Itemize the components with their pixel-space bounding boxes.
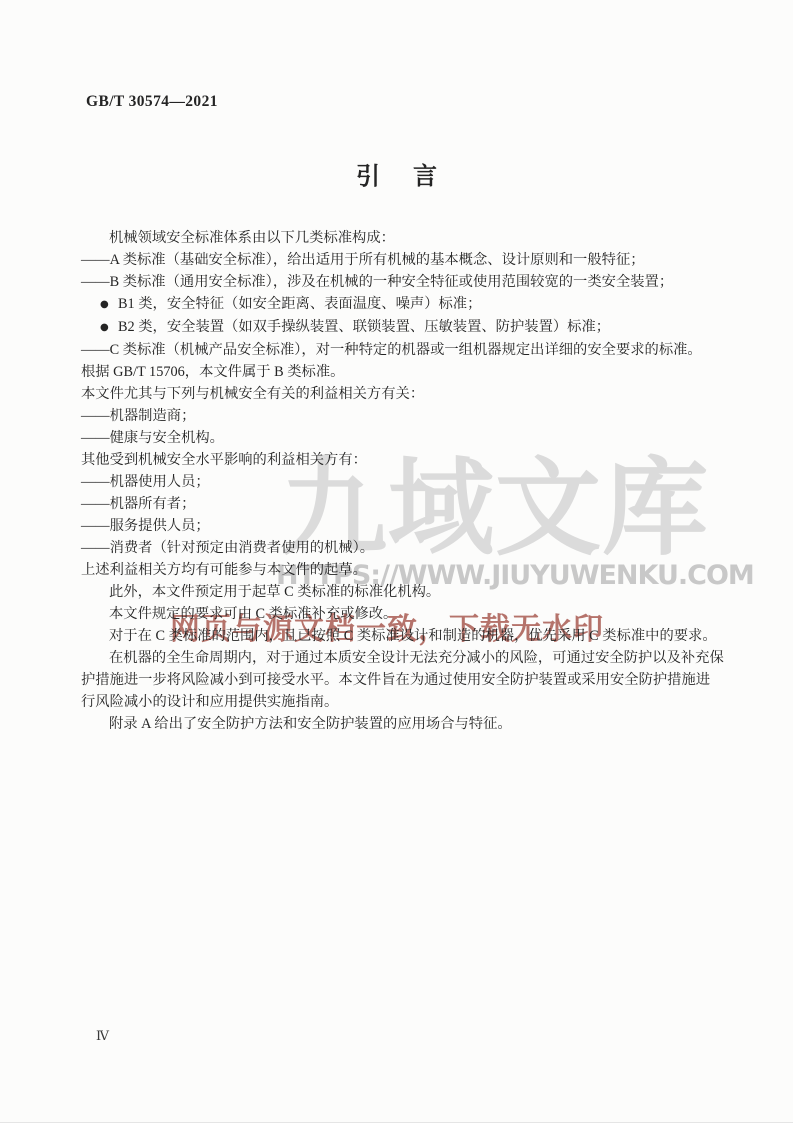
body-line: ●B2 类，安全装置（如双手操纵装置、联锁装置、压敏装置、防护装置）标准； (81, 316, 729, 339)
page-content: GB/T 30574—2021 引 言 机械领域安全标准体系由以下几类标准构成：… (0, 0, 793, 1122)
body-line-text: B1 类，安全特征（如安全距离、表面温度、噪声）标准； (118, 296, 481, 312)
bullet-icon: ● (100, 294, 118, 316)
body-line: ——C 类标准（机械产品安全标准），对一种特定的机器或一组机器规定出详细的安全要… (81, 339, 729, 361)
body-line: 根据 GB/T 15706，本文件属于 B 类标准。 (81, 361, 729, 383)
body-line: 行风险减小的设计和应用提供实施指南。 (81, 691, 729, 713)
body-line: ●B1 类，安全特征（如安全距离、表面温度、噪声）标准； (81, 293, 729, 316)
body-line-text: B2 类，安全装置（如双手操纵装置、联锁装置、压敏装置、防护装置）标准； (118, 319, 610, 335)
body-line: 其他受到机械安全水平影响的利益相关方有： (81, 449, 729, 471)
body-line: ——健康与安全机构。 (81, 427, 729, 449)
body-line: ——消费者（针对预定由消费者使用的机械）。 (81, 537, 729, 559)
body-line: 此外，本文件预定用于起草 C 类标准的标准化机构。 (81, 581, 729, 603)
body-line: ——机器制造商； (81, 405, 729, 427)
page-title: 引 言 (81, 156, 713, 191)
body-line: 本文件尤其与下列与机械安全有关的利益相关方有关： (81, 383, 729, 405)
bullet-icon: ● (100, 317, 118, 339)
body-line: 附录 A 给出了安全防护方法和安全防护装置的应用场合与特征。 (81, 713, 729, 735)
body-line: 在机器的全生命周期内，对于通过本质安全设计无法充分减小的风险，可通过安全防护以及… (81, 647, 729, 669)
body-line: 本文件规定的要求可由 C 类标准补充或修改。 (81, 603, 729, 625)
document-page: 九域文库 HTTPS://WWW.JIUYUWENKU.COM 网页与源文档一致… (0, 0, 793, 1123)
body-line: ——服务提供人员； (81, 515, 729, 537)
body-lines: 机械领域安全标准体系由以下几类标准构成：——A 类标准（基础安全标准），给出适用… (81, 227, 729, 735)
body-line: 机械领域安全标准体系由以下几类标准构成： (81, 227, 729, 249)
standard-number-header: GB/T 30574—2021 (86, 93, 218, 111)
body-line: ——A 类标准（基础安全标准），给出适用于所有机械的基本概念、设计原则和一般特征… (81, 249, 729, 271)
body-line: ——B 类标准（通用安全标准），涉及在机械的一种安全特征或使用范围较宽的一类安全… (81, 271, 729, 293)
page-number: Ⅳ (96, 1028, 110, 1044)
body-line: 上述利益相关方均有可能参与本文件的起草。 (81, 559, 729, 581)
body-line: ——机器使用人员； (81, 471, 729, 493)
body-line: ——机器所有者； (81, 493, 729, 515)
body-line: 对于在 C 类标准的范围内，且已按照 C 类标准设计和制造的机器，优先采用 C … (81, 625, 729, 647)
body-line: 护措施进一步将风险减小到可接受水平。本文件旨在为通过使用安全防护装置或采用安全防… (81, 669, 729, 691)
